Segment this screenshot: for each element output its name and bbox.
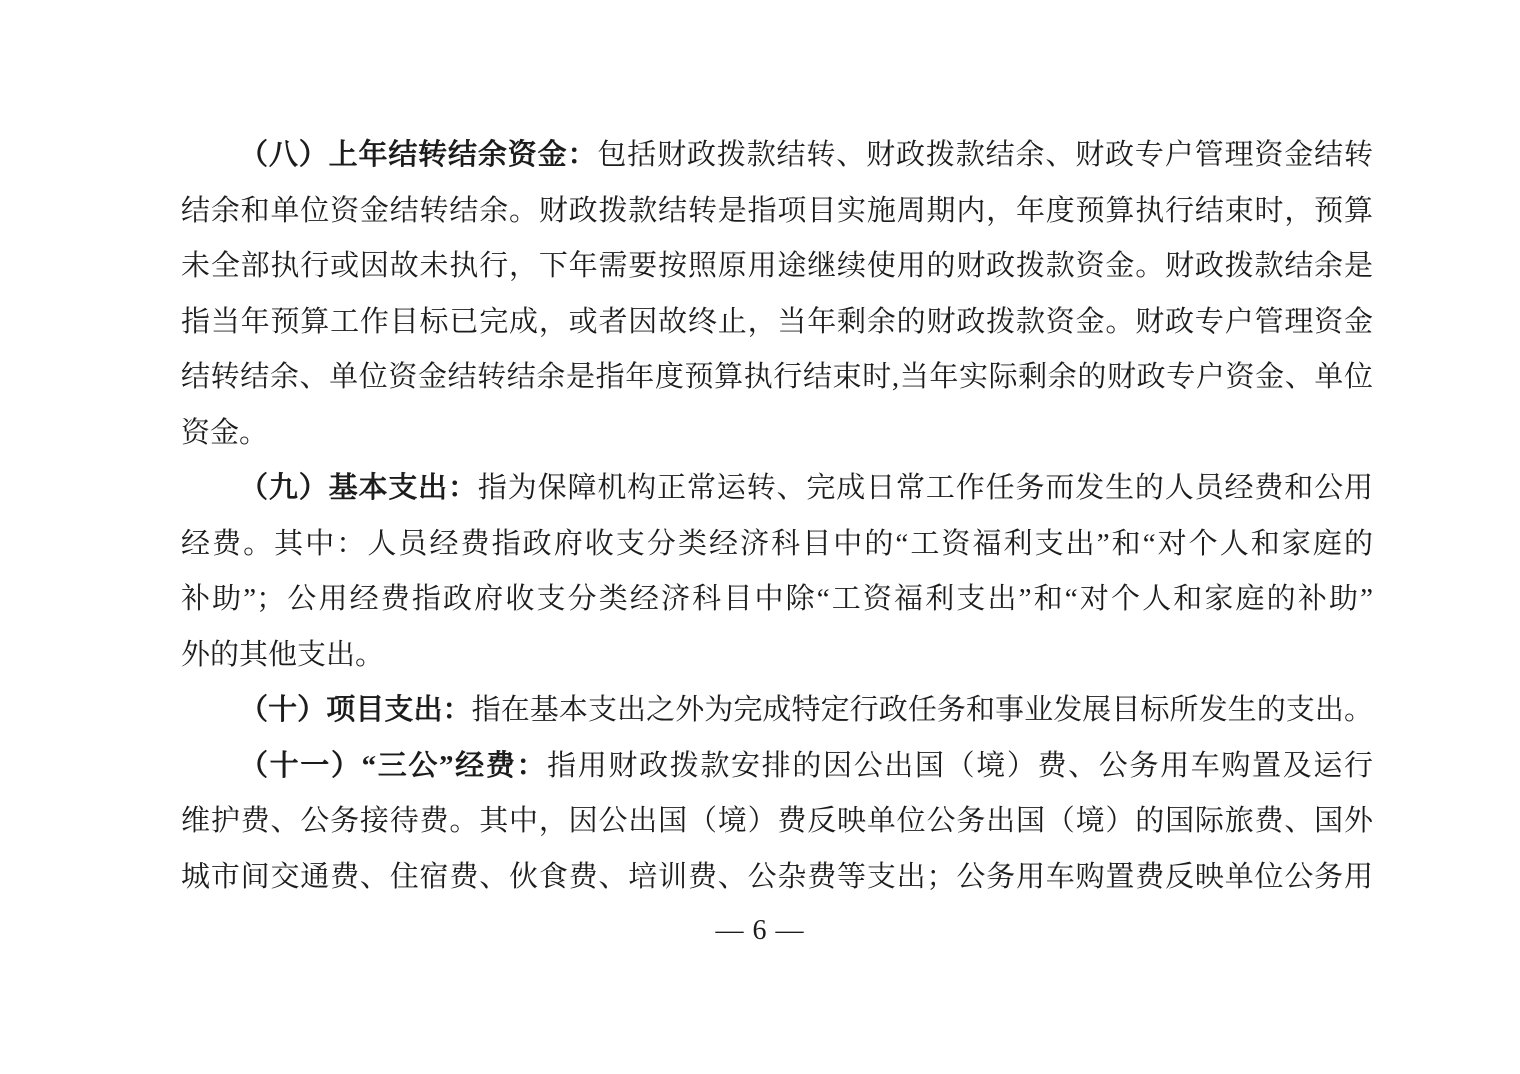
text-line: 资金。 [181, 406, 1373, 462]
text-line: （九）基本支出：指为保障机构正常运转、完成日常工作任务而发生的人员经费和公用 [181, 461, 1373, 517]
text-line: 结转结余、单位资金结转结余是指年度预算执行结束时,当年实际剩余的财政专户资金、单… [181, 350, 1373, 406]
document-text-block: （八）上年结转结余资金：包括财政拨款结转、财政拨款结余、财政专户管理资金结转 结… [181, 128, 1373, 905]
section-heading: （十）项目支出： [239, 694, 472, 726]
text-line-body: 指当年预算工作目标已完成，或者因故终止，当年剩余的财政拨款资金。财政专户管理资金 [181, 306, 1373, 338]
page-number: — 6 — [0, 911, 1520, 951]
text-line-body: 外的其他支出。 [181, 639, 384, 671]
text-line: 经费。其中：人员经费指政府收支分类经济科目中的“工资福利支出”和“对个人和家庭的 [181, 517, 1373, 573]
text-line-body: 指在基本支出之外为完成特定行政任务和事业发展目标所发生的支出。 [472, 694, 1373, 726]
section-heading: （八）上年结转结余资金： [239, 139, 597, 171]
text-line-body: 经费。其中：人员经费指政府收支分类经济科目中的“工资福利支出”和“对个人和家庭的 [181, 528, 1373, 560]
text-line-body: 补助”；公用经费指政府收支分类经济科目中除“工资福利支出”和“对个人和家庭的补助… [181, 583, 1373, 615]
text-line: 补助”；公用经费指政府收支分类经济科目中除“工资福利支出”和“对个人和家庭的补助… [181, 572, 1373, 628]
text-line-body: 城市间交通费、住宿费、伙食费、培训费、公杂费等支出；公务用车购置费反映单位公务用 [181, 861, 1373, 893]
text-line-body: 包括财政拨款结转、财政拨款结余、财政专户管理资金结转 [597, 139, 1373, 171]
text-line-body: 资金。 [181, 417, 268, 449]
text-line: （十一）“三公”经费：指用财政拨款安排的因公出国（境）费、公务用车购置及运行 [181, 739, 1373, 795]
document-page: （八）上年结转结余资金：包括财政拨款结转、财政拨款结余、财政专户管理资金结转 结… [0, 0, 1520, 1074]
section-heading: （九）基本支出： [239, 472, 478, 504]
text-line-body: 维护费、公务接待费。其中，因公出国（境）费反映单位公务出国（境）的国际旅费、国外 [181, 805, 1373, 837]
text-line: （八）上年结转结余资金：包括财政拨款结转、财政拨款结余、财政专户管理资金结转 [181, 128, 1373, 184]
section-heading: （十一）“三公”经费： [239, 750, 547, 782]
text-line-body: 指为保障机构正常运转、完成日常工作任务而发生的人员经费和公用 [478, 472, 1373, 504]
text-line: 结余和单位资金结转结余。财政拨款结转是指项目实施周期内，年度预算执行结束时，预算 [181, 184, 1373, 240]
text-line: 维护费、公务接待费。其中，因公出国（境）费反映单位公务出国（境）的国际旅费、国外 [181, 794, 1373, 850]
text-line-body: 指用财政拨款安排的因公出国（境）费、公务用车购置及运行 [547, 750, 1373, 782]
text-line-body: 结转结余、单位资金结转结余是指年度预算执行结束时,当年实际剩余的财政专户资金、单… [181, 361, 1373, 393]
text-line-body: 未全部执行或因故未执行，下年需要按照原用途继续使用的财政拨款资金。财政拨款结余是 [181, 250, 1373, 282]
text-line: （十）项目支出：指在基本支出之外为完成特定行政任务和事业发展目标所发生的支出。 [181, 683, 1373, 739]
text-line-body: 结余和单位资金结转结余。财政拨款结转是指项目实施周期内，年度预算执行结束时，预算 [181, 195, 1373, 227]
text-line: 城市间交通费、住宿费、伙食费、培训费、公杂费等支出；公务用车购置费反映单位公务用 [181, 850, 1373, 906]
text-line: 未全部执行或因故未执行，下年需要按照原用途继续使用的财政拨款资金。财政拨款结余是 [181, 239, 1373, 295]
text-line: 指当年预算工作目标已完成，或者因故终止，当年剩余的财政拨款资金。财政专户管理资金 [181, 295, 1373, 351]
text-line: 外的其他支出。 [181, 628, 1373, 684]
